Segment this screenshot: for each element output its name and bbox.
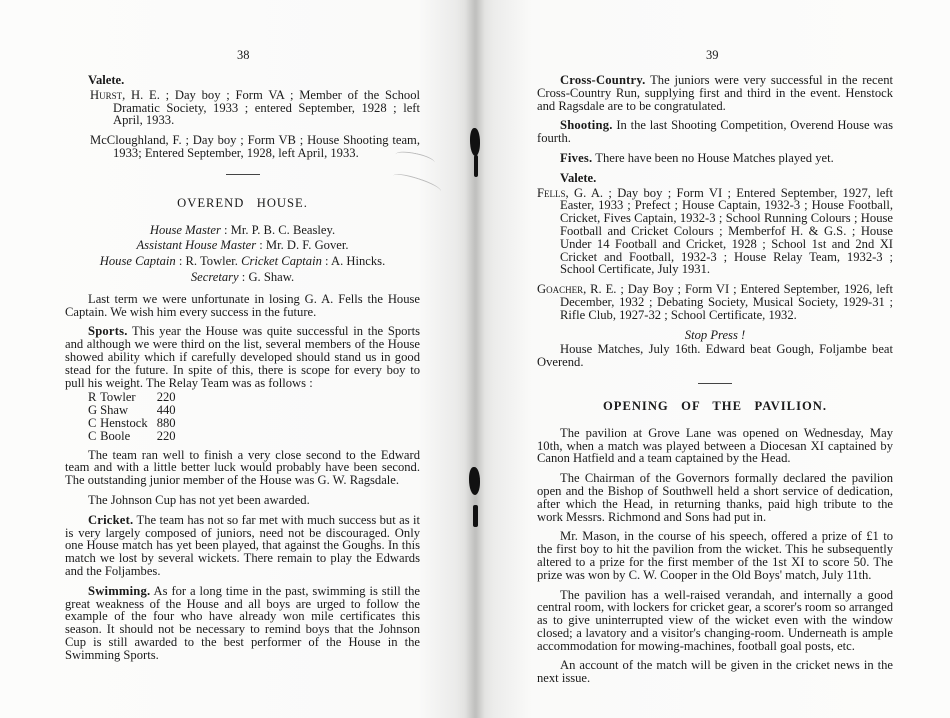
paragraph: The pavilion has a well-raised verandah,… <box>537 589 893 653</box>
ink-blot <box>470 128 480 156</box>
paragraph-swimming: Swimming. As for a long time in the past… <box>65 585 420 662</box>
paragraph-intro: Last term we were unfortunate in losing … <box>65 293 420 319</box>
page-number: 39 <box>706 48 719 63</box>
paragraph: The Chairman of the Governors formally d… <box>537 472 893 523</box>
paragraph-stop-press: House Matches, July 16th. Edward beat Go… <box>537 343 893 369</box>
stop-press-title: Stop Press ! <box>537 329 893 342</box>
paragraph: The pavilion at Grove Lane was opened on… <box>537 427 893 465</box>
valete-entry: Fells, G. A. ; Day boy ; Form VI ; Enter… <box>537 187 893 277</box>
section-divider <box>226 174 260 175</box>
section-title: OPENING OF THE PAVILION. <box>537 400 893 413</box>
page-number: 38 <box>237 48 250 63</box>
table-row: CHenstock880 <box>88 417 179 430</box>
section-divider <box>698 383 732 384</box>
left-page-body: Valete. Hurst, H. E. ; Day boy ; Form VA… <box>65 74 420 668</box>
section-title: OVEREND HOUSE. <box>65 197 420 210</box>
paragraph-cross-country: Cross-Country. The juniors were very suc… <box>537 74 893 112</box>
officer-line: House Master : Mr. P. B. C. Beasley. <box>65 224 420 237</box>
right-page: 39 Cross-Country. The juniors were very … <box>475 0 950 718</box>
paragraph: Mr. Mason, in the course of his speech, … <box>537 530 893 581</box>
officer-line: House Captain : R. Towler. Cricket Capta… <box>65 255 420 268</box>
officer-line: Assistant House Master : Mr. D. F. Gover… <box>65 239 420 252</box>
valete-heading: Valete. <box>560 172 893 185</box>
paragraph-shooting: Shooting. In the last Shooting Competiti… <box>537 119 893 145</box>
book-spread: 38 Valete. Hurst, H. E. ; Day boy ; Form… <box>0 0 950 718</box>
ink-blot <box>473 505 478 527</box>
valete-entry: Goacher, R. E. ; Day Boy ; Form VI ; Ent… <box>537 283 893 321</box>
relay-team-table: RTowler220 GShaw440 CHenstock880 CBoole2… <box>88 391 179 442</box>
paragraph-sports: Sports. This year the House was quite su… <box>65 325 420 389</box>
paragraph-fives: Fives. There have been no House Matches … <box>537 152 893 165</box>
house-officers: House Master : Mr. P. B. C. Beasley. Ass… <box>65 224 420 284</box>
paragraph-cricket: Cricket. The team has not so far met wit… <box>65 514 420 578</box>
table-row: CBoole220 <box>88 430 179 443</box>
ink-blot <box>474 155 478 177</box>
officer-line: Secretary : G. Shaw. <box>65 271 420 284</box>
paragraph-johnson-cup: The Johnson Cup has not yet been awarded… <box>65 494 420 507</box>
paragraph-team-result: The team ran well to finish a very close… <box>65 449 420 487</box>
binding-gutter <box>465 0 485 718</box>
paragraph: An account of the match will be given in… <box>537 659 893 685</box>
valete-entry: Hurst, H. E. ; Day boy ; Form VA ; Membe… <box>65 89 420 127</box>
left-page: 38 Valete. Hurst, H. E. ; Day boy ; Form… <box>0 0 475 718</box>
valete-entry: McCloughland, F. ; Day boy ; Form VB ; H… <box>65 134 420 160</box>
valete-heading: Valete. <box>88 74 420 87</box>
ink-blot <box>469 467 480 495</box>
right-page-body: Cross-Country. The juniors were very suc… <box>537 74 893 692</box>
